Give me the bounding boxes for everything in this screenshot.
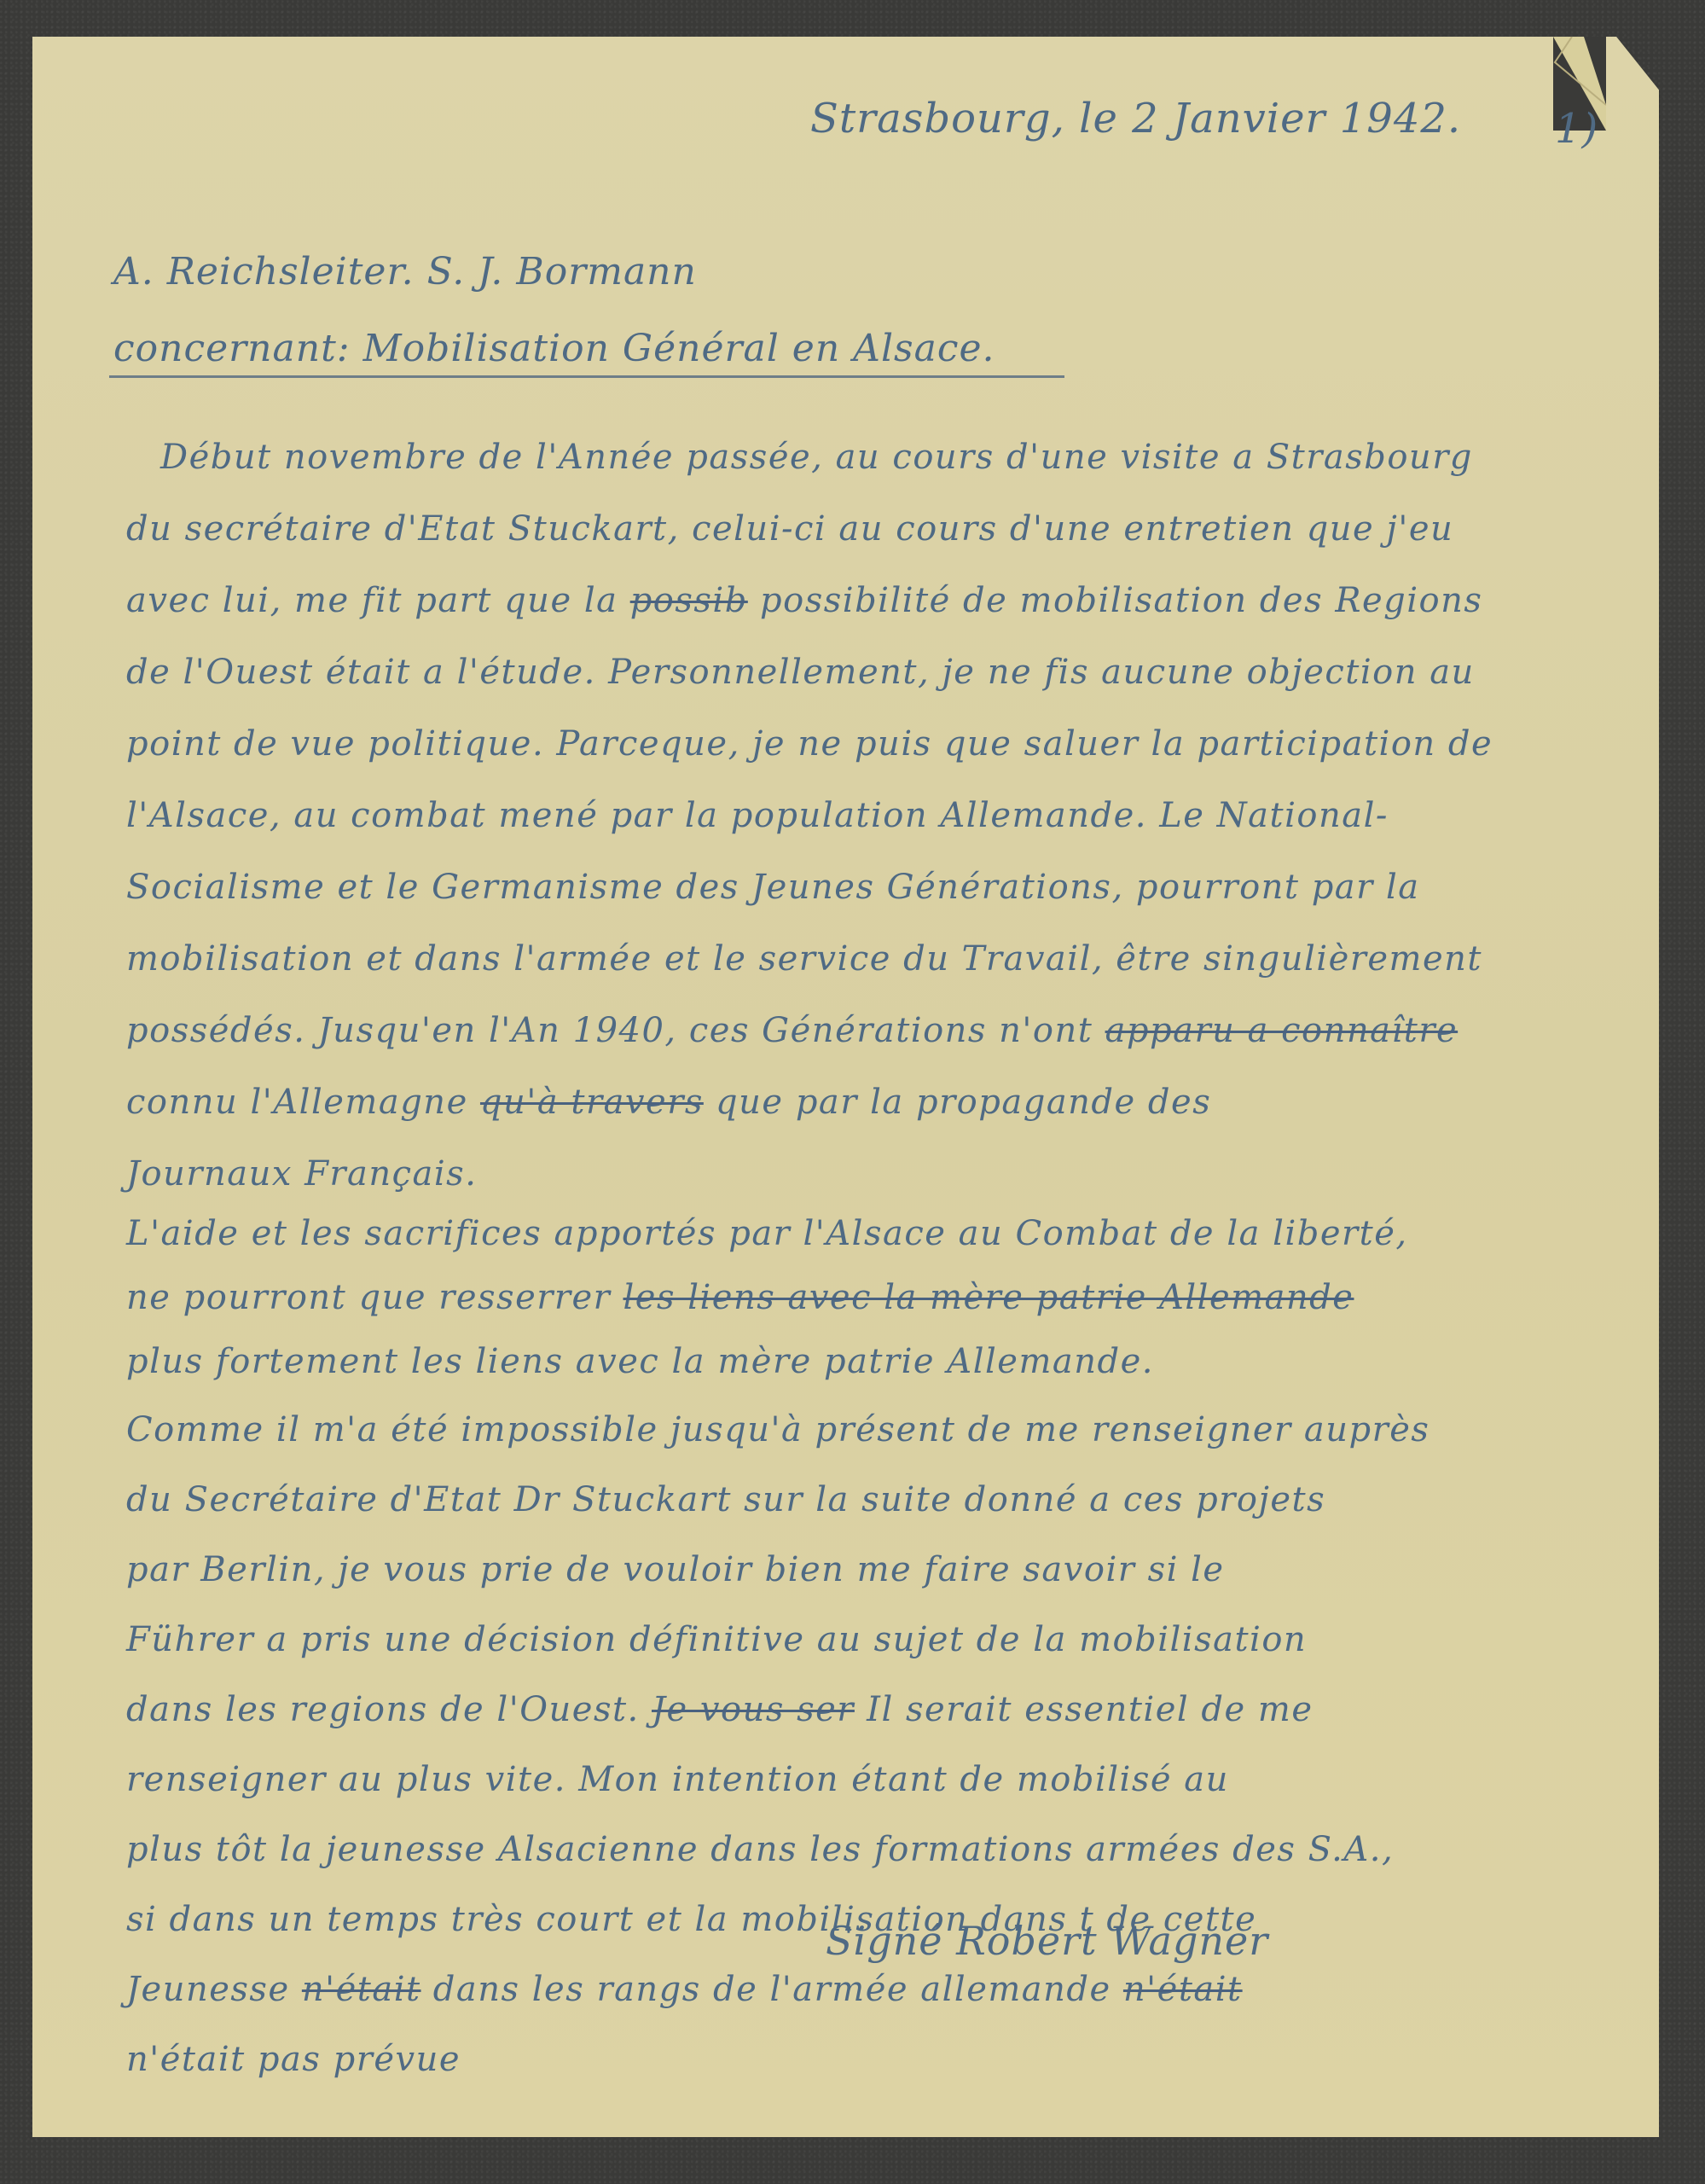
body-text: possédés. Jusqu'en l'An 1940, ces Généra… bbox=[126, 1011, 1105, 1050]
body-text: dans les regions de l'Ouest. bbox=[126, 1690, 652, 1729]
body-line: Début novembre de l'Année passée, au cou… bbox=[160, 438, 1473, 477]
body-line: plus fortement les liens avec la mère pa… bbox=[126, 1342, 1154, 1381]
subject-label: concernant: bbox=[113, 327, 351, 370]
body-text: connu l'Allemagne bbox=[126, 1083, 480, 1122]
body-line: Jeunesse n'était dans les rangs de l'arm… bbox=[126, 1970, 1243, 2009]
page-number: 1) bbox=[1555, 105, 1598, 153]
body-line: Socialisme et le Germanisme des Jeunes G… bbox=[126, 868, 1420, 907]
body-line: de l'Ouest était a l'étude. Personnellem… bbox=[126, 653, 1475, 692]
subject-line: concernant: Mobilisation Général en Alsa… bbox=[113, 327, 995, 370]
body-text: Il serait essentiel de me bbox=[855, 1690, 1314, 1729]
recipient-line: A. Reichsleiter. S. J. Bormann bbox=[113, 250, 697, 293]
struck-text: les liens avec la mère patrie Allemande bbox=[623, 1278, 1354, 1317]
letter-page: Strasbourg, le 2 Janvier 1942. 1) A. Rei… bbox=[32, 37, 1659, 2137]
struck-text: Je vous ser bbox=[652, 1690, 855, 1729]
struck-text: qu'à travers bbox=[480, 1083, 704, 1122]
body-text: dans les rangs de l'armée allemande bbox=[421, 1970, 1123, 2009]
body-line: mobilisation et dans l'armée et le servi… bbox=[126, 939, 1482, 979]
struck-text: n'était bbox=[1123, 1970, 1243, 2009]
struck-text: apparu a connaître bbox=[1105, 1011, 1459, 1050]
body-line: dans les regions de l'Ouest. Je vous ser… bbox=[126, 1690, 1314, 1729]
body-line: avec lui, me fit part que la possib poss… bbox=[126, 581, 1482, 620]
body-line: n'était pas prévue bbox=[126, 2040, 461, 2079]
body-line: connu l'Allemagne qu'à travers que par l… bbox=[126, 1083, 1211, 1122]
signature: Signé Robert Wagner bbox=[826, 1918, 1268, 1964]
body-line: L'aide et les sacrifices apportés par l'… bbox=[126, 1214, 1408, 1253]
body-line: Comme il m'a été impossible jusqu'à prés… bbox=[126, 1410, 1430, 1449]
struck-text: possib bbox=[630, 581, 748, 620]
body-text: Jeunesse bbox=[126, 1970, 302, 2009]
body-line: point de vue politique. Parceque, je ne … bbox=[126, 724, 1493, 764]
body-line: l'Alsace, au combat mené par la populati… bbox=[126, 796, 1389, 835]
body-text: que par la propagande des bbox=[704, 1083, 1211, 1122]
body-text: avec lui, me fit part que la bbox=[126, 581, 630, 620]
body-line: du secrétaire d'Etat Stuckart, celui-ci … bbox=[126, 509, 1453, 549]
body-line: renseigner au plus vite. Mon intention é… bbox=[126, 1760, 1229, 1799]
struck-text: n'était bbox=[302, 1970, 421, 2009]
body-line: du Secrétaire d'Etat Dr Stuckart sur la … bbox=[126, 1480, 1325, 1519]
body-line: ne pourront que resserrer les liens avec… bbox=[126, 1278, 1354, 1317]
subject-underline bbox=[109, 375, 1064, 378]
place-and-date: Strasbourg, le 2 Janvier 1942. bbox=[810, 95, 1461, 142]
body-text: possibilité de mobilisation des Regions bbox=[748, 581, 1483, 620]
body-line: Führer a pris une décision définitive au… bbox=[126, 1620, 1307, 1659]
subject-text: Mobilisation Général en Alsace. bbox=[363, 327, 995, 370]
body-line: plus tôt la jeunesse Alsacienne dans les… bbox=[126, 1830, 1394, 1869]
body-line: possédés. Jusqu'en l'An 1940, ces Généra… bbox=[126, 1011, 1458, 1050]
body-line: Journaux Français. bbox=[126, 1154, 477, 1194]
body-text: ne pourront que resserrer bbox=[126, 1278, 623, 1317]
body-line: par Berlin, je vous prie de vouloir bien… bbox=[126, 1550, 1225, 1589]
